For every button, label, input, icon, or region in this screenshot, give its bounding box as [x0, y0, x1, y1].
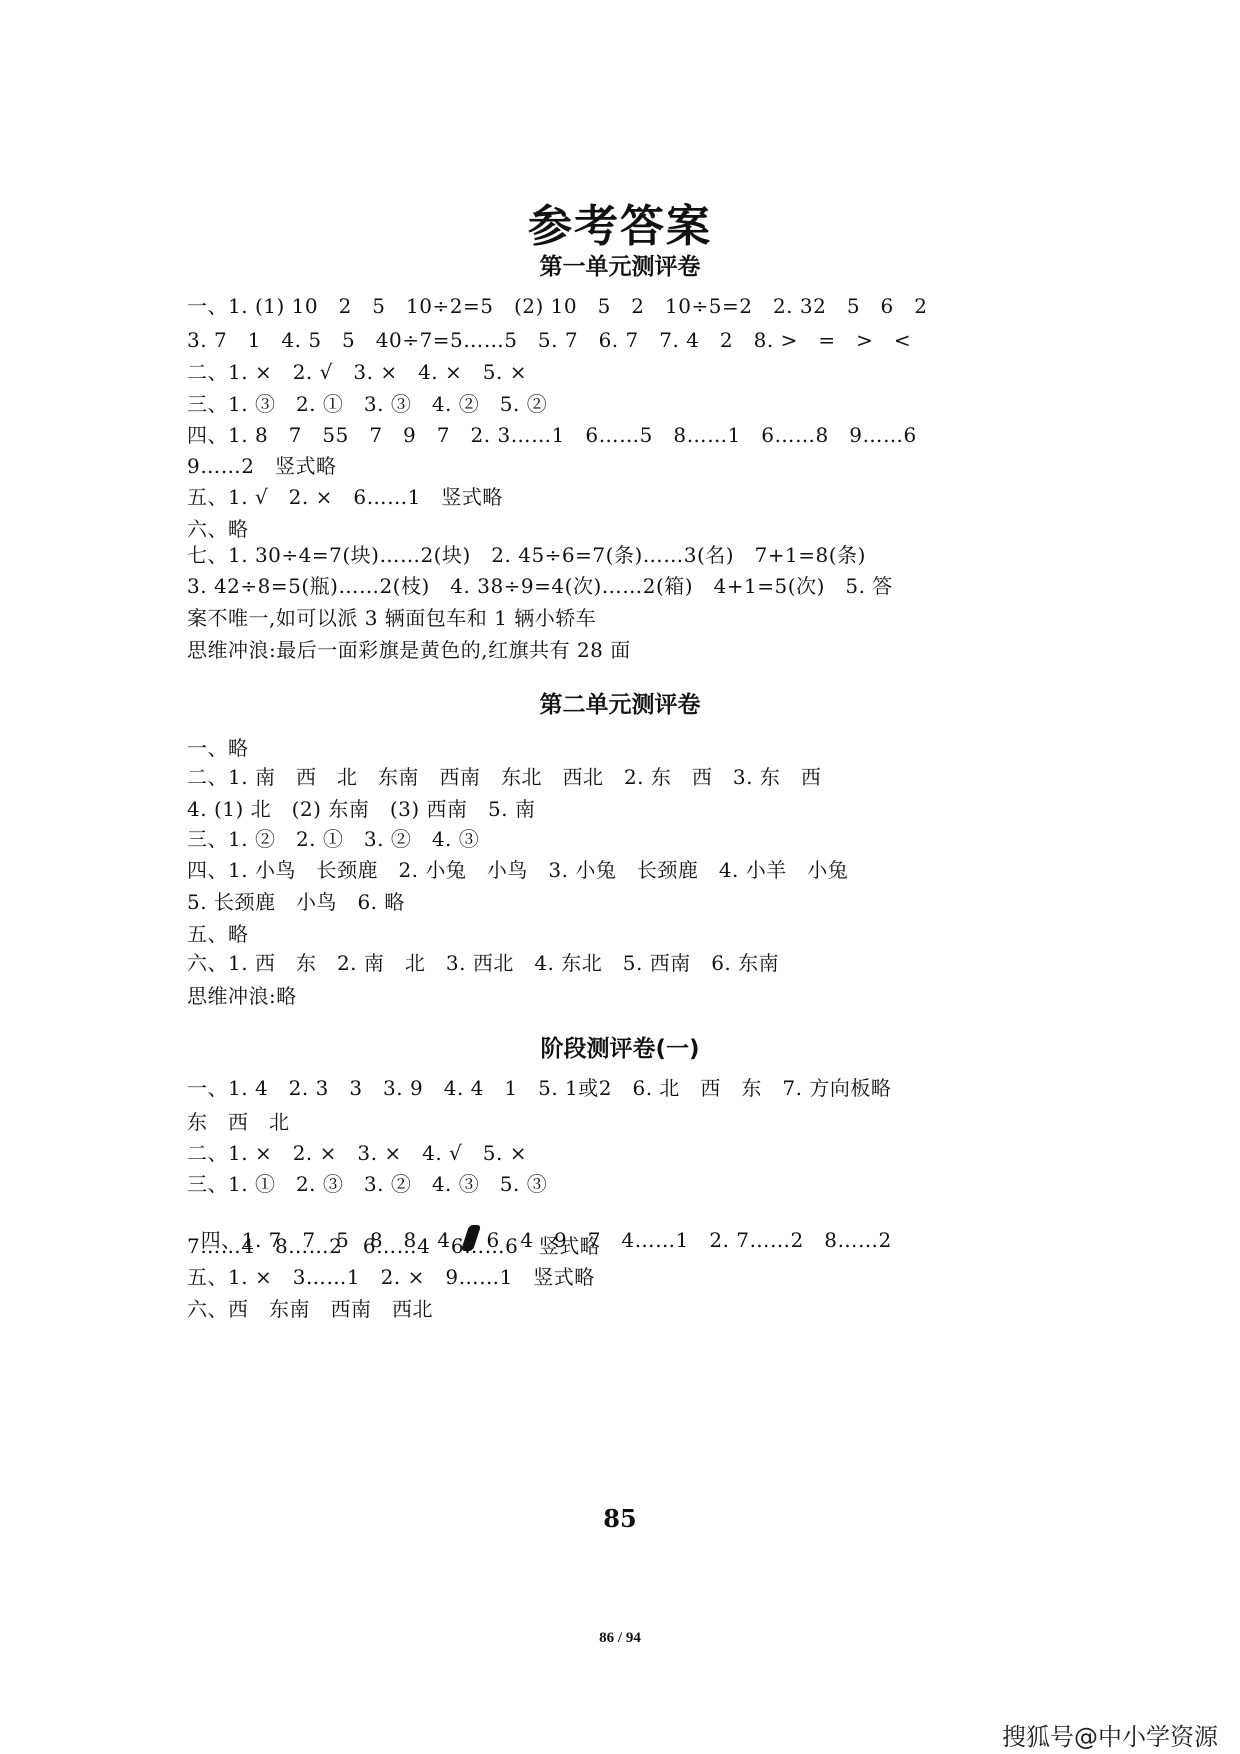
answer-line: 三、1. ② 2. ① 3. ② 4. ③ [187, 829, 479, 849]
answer-line: 4. (1) 北 (2) 东南 (3) 西南 5. 南 [187, 799, 535, 819]
answer-line: 七、1. 30÷4=7(块)……2(块) 2. 45÷6=7(条)……3(名) … [187, 545, 866, 565]
answer-line: 五、1. √ 2. × 6……1 竖式略 [187, 487, 503, 507]
answer-line: 四、1. 小鸟 长颈鹿 2. 小兔 小鸟 3. 小兔 长颈鹿 4. 小羊 小兔 [187, 860, 848, 880]
answer-line: 9……2 竖式略 [187, 456, 336, 476]
section-title-unit-1: 第一单元测评卷 [0, 248, 1240, 281]
answer-line: 3. 7 1 4. 5 5 40÷7=5……5 5. 7 6. 7 7. 4 2… [187, 330, 911, 350]
page-number: 85 [0, 1504, 1240, 1533]
answer-line: 二、1. × 2. × 3. × 4. √ 5. × [187, 1143, 527, 1163]
answer-line: 一、1. 4 2. 3 3 3. 9 4. 4 1 5. 1或2 6. 北 西 … [187, 1078, 891, 1098]
answer-line: 三、1. ① 2. ③ 3. ② 4. ③ 5. ③ [187, 1174, 547, 1194]
answer-line: 5. 长颈鹿 小鸟 6. 略 [187, 892, 405, 912]
watermark: 搜狐号@中小学资源 [1002, 1717, 1218, 1752]
answer-line: 六、西 东南 西南 西北 [187, 1299, 433, 1319]
page-title: 参考答案 [0, 190, 1240, 254]
answer-line: 7……4 8……2 6……4 6……6 竖式略 [187, 1236, 600, 1256]
answer-line: 3. 42÷8=5(瓶)……2(枝) 4. 38÷9=4(次)……2(箱) 4+… [187, 576, 893, 596]
answer-line: 二、1. × 2. √ 3. × 4. × 5. × [187, 362, 527, 382]
answer-line: 三、1. ③ 2. ① 3. ③ 4. ② 5. ② [187, 394, 547, 414]
pdf-pager: 86 / 94 [0, 1630, 1240, 1647]
answer-line: 一、略 [187, 738, 249, 758]
section-title-stage-1: 阶段测评卷(一) [0, 1030, 1240, 1063]
answer-line: 思维冲浪:略 [187, 986, 297, 1006]
section-title-unit-2: 第二单元测评卷 [0, 686, 1240, 719]
answer-line: 五、1. × 3……1 2. × 9……1 竖式略 [187, 1267, 595, 1287]
answer-line: 案不唯一,如可以派 3 辆面包车和 1 辆小轿车 [187, 608, 596, 628]
answer-line: 二、1. 南 西 北 东南 西南 东北 西北 2. 东 西 3. 东 西 [187, 767, 821, 787]
answer-line: 六、略 [187, 519, 249, 539]
answer-line: 东 西 北 [187, 1112, 290, 1132]
answer-line: 一、1. (1) 10 2 5 10÷2=5 (2) 10 5 2 10÷5=2… [187, 296, 928, 316]
answer-line: 四、1. 8 7 55 7 9 7 2. 3……1 6……5 8……1 6……8… [187, 425, 917, 445]
answer-line: 思维冲浪:最后一面彩旗是黄色的,红旗共有 28 面 [187, 640, 631, 660]
answer-line: 六、1. 西 东 2. 南 北 3. 西北 4. 东北 5. 西南 6. 东南 [187, 953, 779, 973]
answer-line: 五、略 [187, 924, 249, 944]
